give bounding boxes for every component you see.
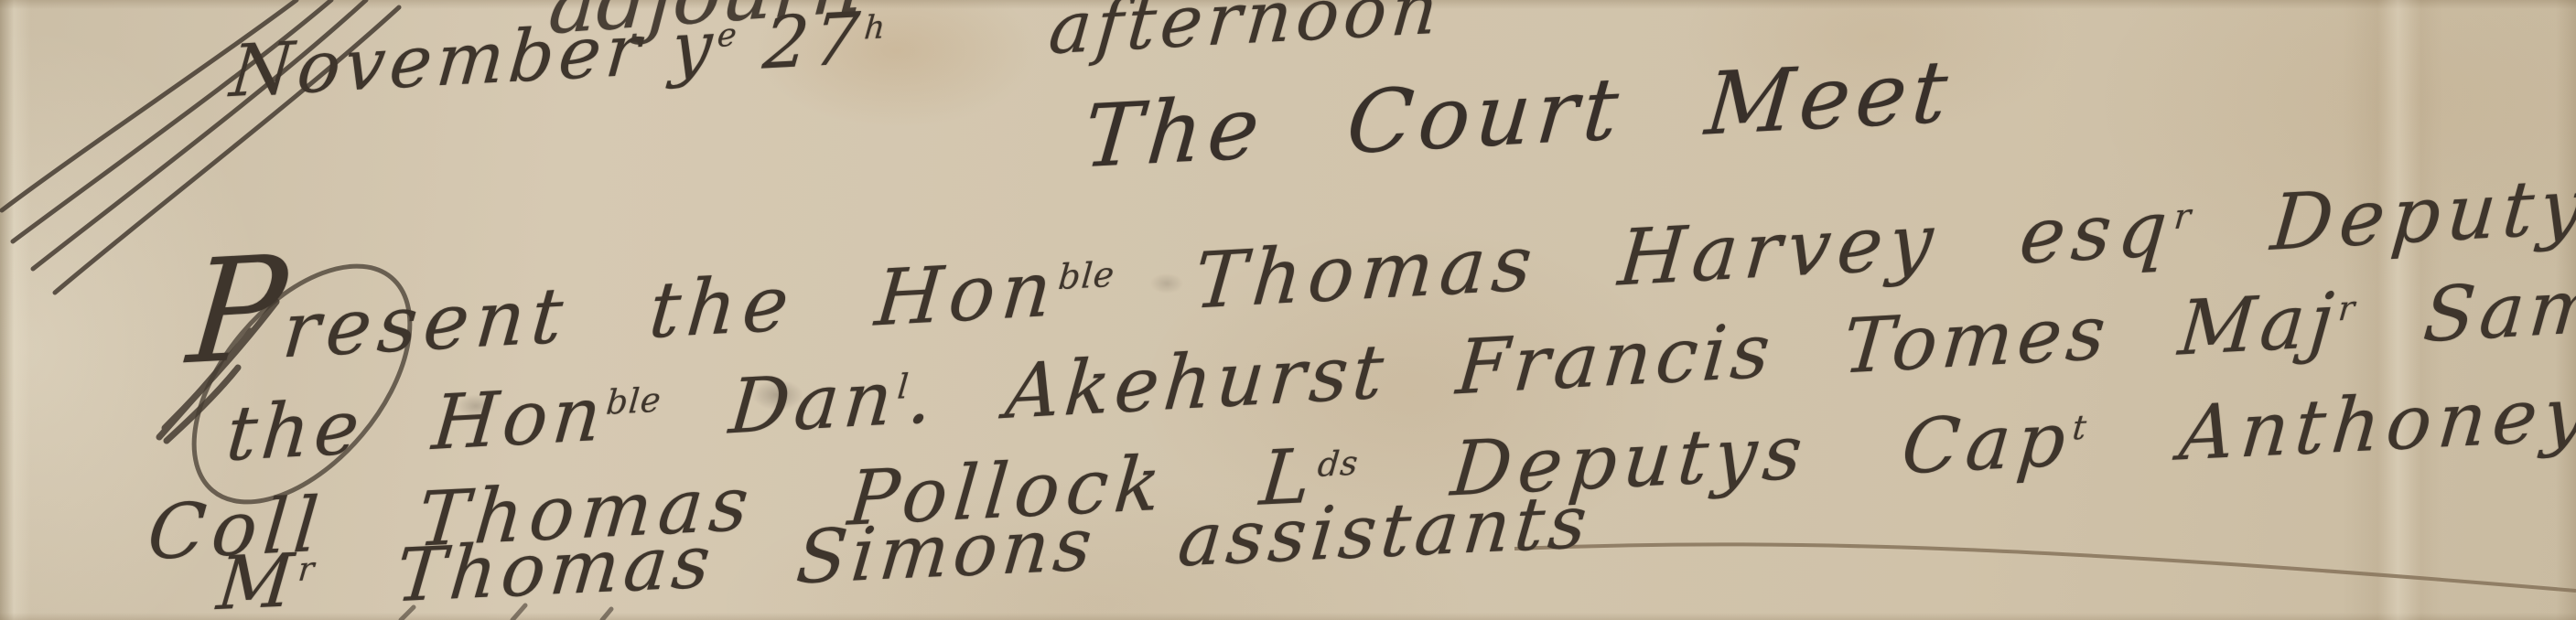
superscript-text: h (863, 8, 888, 47)
handwriting-text: November y (227, 5, 720, 113)
superscript-text: ble (605, 379, 663, 422)
paper-edge-left (0, 0, 31, 620)
trailing-rule (1514, 544, 2576, 591)
handwriting-text: P (182, 225, 292, 397)
handwriting-text: the Hon (223, 370, 609, 478)
handwriting-text: Deputy Govern (2187, 139, 2576, 273)
handwriting-text: Dan (657, 355, 900, 455)
court-meet-heading: The Court Meet (1080, 42, 1956, 187)
manuscript-page: adjourn November ye 27h afternoon The Co… (0, 0, 2576, 620)
handwriting-text: Sam (2351, 262, 2576, 363)
superscript-text: ds (1316, 444, 1360, 485)
date-text: November ye 27h (227, 0, 889, 113)
afternoon-text: afternoon (1046, 0, 1446, 70)
superscript-text: ble (1057, 254, 1116, 298)
handwriting-text: M (214, 538, 302, 620)
handwriting-text: 27 (733, 0, 868, 87)
